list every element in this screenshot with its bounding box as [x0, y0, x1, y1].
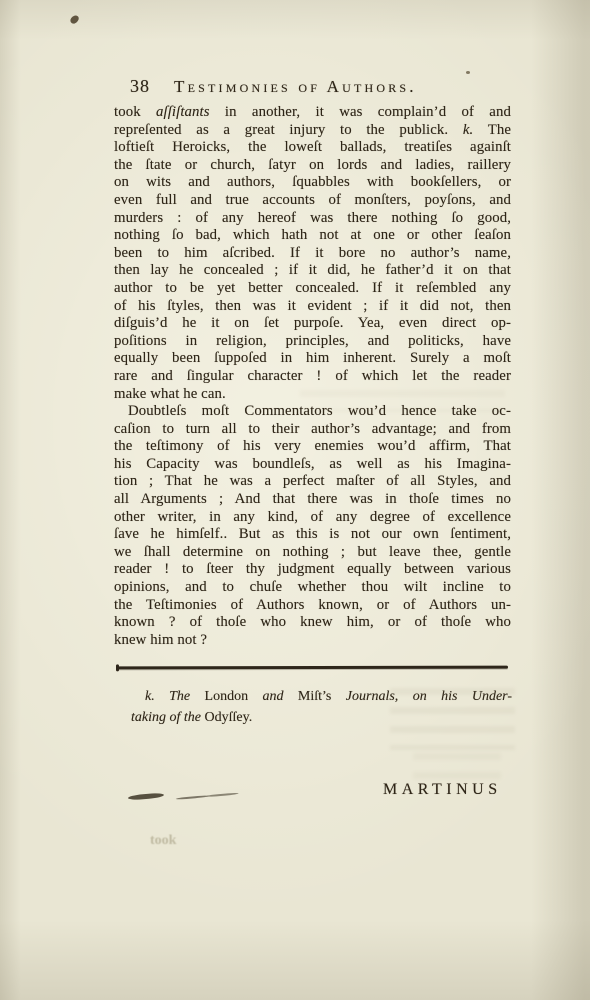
text-line: the teſtimony of his very enemies wou’d … — [114, 438, 511, 456]
text-line: murders : of any hereof was there nothin… — [114, 210, 511, 228]
text-line: repreſented as a great injury to the pub… — [114, 122, 511, 140]
footnote-rule — [117, 666, 508, 669]
text-line: the ſtate or church, ſatyr on lords and … — [114, 157, 511, 175]
text-line: nothing ſo bad, which hath not at one or… — [114, 227, 511, 245]
text-line: on wits and authors, ſquabbles with book… — [114, 174, 511, 192]
text-line: then lay he concealed ; if it did, he fa… — [114, 262, 511, 280]
text-line: make what he can. — [114, 386, 511, 404]
text-line: tion ; That he was a perfect maſter of a… — [114, 473, 511, 491]
text-line: we ſhall determine on nothing ; but leav… — [114, 544, 511, 562]
running-title: Testimonies of Authors. — [174, 77, 417, 97]
text-line: of his ſtyles, then was it evident ; if … — [114, 298, 511, 316]
text-line: rare and ſingular character ! of which l… — [114, 368, 511, 386]
ink-speck-artifact — [69, 14, 80, 25]
text-line: even full and true accounts of monſters,… — [114, 192, 511, 210]
body-text: took aſſiſtants in another, it was compl… — [114, 104, 511, 649]
text-line: k. The London and Miſt’s Journals, on hi… — [131, 686, 512, 707]
text-line: caſion to turn all to their author’s adv… — [114, 421, 511, 439]
text-line: knew him not ? — [114, 632, 511, 650]
text-line: equally been ſuppoſed in him inherent. S… — [114, 350, 511, 368]
text-line: all Arguments ; And that there was in th… — [114, 491, 511, 509]
text-line: his Capacity was boundleſs, as well as h… — [114, 456, 511, 474]
text-line: author to be yet better concealed. If it… — [114, 280, 511, 298]
text-line: took aſſiſtants in another, it was compl… — [114, 104, 511, 122]
text-line: other writer, in any kind, of any degree… — [114, 509, 511, 527]
paragraph: took aſſiſtants in another, it was compl… — [114, 104, 511, 403]
text-line: been to him aſcribed. If it bore no auth… — [114, 245, 511, 263]
ink-smudge-artifact — [128, 792, 164, 800]
text-line: the Teſtimonies of Authors known, or of … — [114, 597, 511, 615]
text-line: known ? of thoſe who knew him, or of tho… — [114, 614, 511, 632]
text-line: taking of the Odyſſey. — [131, 707, 512, 728]
ghost-text: took — [150, 833, 176, 849]
running-header: 38 Testimonies of Authors. — [130, 76, 417, 97]
text-line: reader ! to ſteer thy judgment equally b… — [114, 561, 511, 579]
text-line: ſave he himſelf.. But as this is not our… — [114, 526, 511, 544]
text-line: opinions, and to chuſe whether thou wilt… — [114, 579, 511, 597]
text-line: diſguis’d he it on ſet purpoſe. Yea, eve… — [114, 315, 511, 333]
book-page-scan: 38 Testimonies of Authors. took aſſiſtan… — [0, 0, 590, 1000]
text-line: Doubtleſs moſt Commentators wou’d hence … — [114, 403, 511, 421]
footnote: k. The London and Miſt’s Journals, on hi… — [131, 686, 512, 728]
paragraph: Doubtleſs moſt Commentators wou’d hence … — [114, 403, 511, 649]
text-line: poſitions in religion, principles, and p… — [114, 333, 511, 351]
ink-speck-artifact — [466, 71, 470, 74]
page-number: 38 — [130, 76, 150, 97]
catchword: MARTINUS — [383, 781, 502, 799]
text-line: loftieſt Heroicks, the loweſt ballads, t… — [114, 139, 511, 157]
